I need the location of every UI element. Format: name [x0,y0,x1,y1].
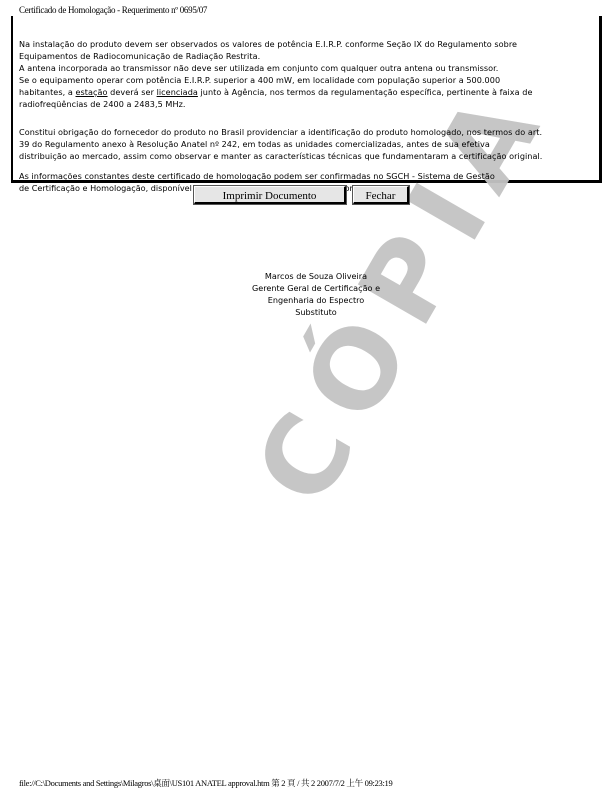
paragraph-line: habitantes, a estação deverá ser licenci… [19,86,533,98]
signature-block: Marcos de Souza Oliveira Gerente Geral d… [216,270,416,318]
paragraph-line: As informações constantes deste certific… [19,170,495,182]
paragraph-line: radiofreqüências de 2400 a 2483,5 MHz. [19,98,533,110]
signer-title: Gerente Geral de Certificação e [216,282,416,294]
paragraph-line: Se o equipamento operar com potência E.I… [19,74,533,86]
paragraph-line: Equipamentos de Radiocomunicação de Radi… [19,50,533,62]
paragraph-line: Na instalação do produto devem ser obser… [19,38,533,50]
paragraph-line: Constitui obrigação do fornecedor do pro… [19,126,542,138]
page-header-title: Certificado de Homologação - Requeriment… [19,5,207,15]
text-segment: deverá ser [108,87,157,97]
print-document-button[interactable]: Imprimir Documento [194,186,346,204]
signer-role: Substituto [216,306,416,318]
paragraph-line: distribuição ao mercado, assim como obse… [19,150,542,162]
signer-title: Engenharia do Espectro [216,294,416,306]
signer-name: Marcos de Souza Oliveira [216,270,416,282]
sgch-info-paragraph: As informações constantes deste certific… [19,170,495,182]
estacao-link[interactable]: estação [76,87,108,97]
close-button[interactable]: Fechar [353,186,409,204]
text-segment: junto à Agência, nos termos da regulamen… [198,87,533,97]
paragraph-line: A antena incorporada ao transmissor não … [19,62,533,74]
installation-paragraph: Na instalação do produto devem ser obser… [19,38,533,110]
page-footer: file://C:\Documents and Settings\Milagro… [19,777,392,789]
supplier-obligation-paragraph: Constitui obrigação do fornecedor do pro… [19,126,542,162]
text-segment: habitantes, a [19,87,76,97]
licenciada-link[interactable]: licenciada [157,87,198,97]
paragraph-line: 39 do Regulamento anexo à Resolução Anat… [19,138,542,150]
